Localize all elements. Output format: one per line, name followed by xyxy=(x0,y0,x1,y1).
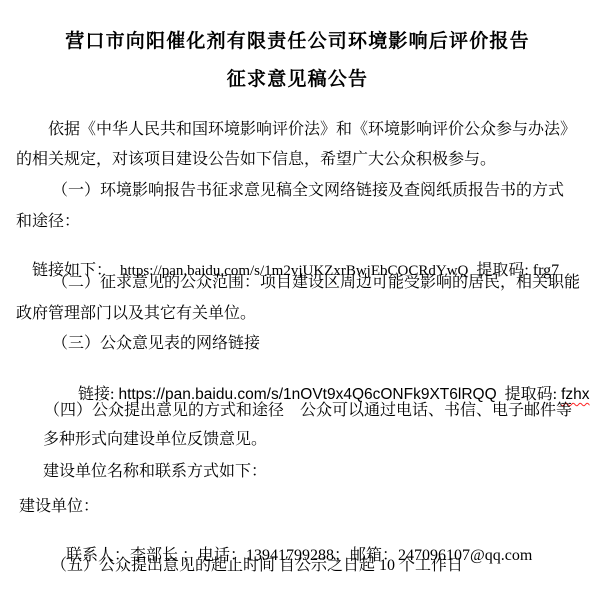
construction-unit-label: 建设单位： xyxy=(19,497,99,516)
document-subtitle: 征求意见稿公告 xyxy=(0,64,595,91)
section-4-line-2: 多种形式向建设单位反馈意见。 xyxy=(43,430,267,449)
intro-line-1: 依据《中华人民共和国环境影响评价法》和《环境影响评价公众参与办法》 xyxy=(48,120,576,139)
section-1-heading-line-2: 和途径： xyxy=(16,212,80,231)
section-5-line: （五）公众提出意见的起止时间 自公示之日起 10 个工作日 xyxy=(51,556,463,575)
section-2-line-1: （二）征求意见的公众范围：项目建设区周边可能受影响的居民，相关职能 xyxy=(52,273,580,292)
section-1-heading-line-1: （一）环境影响报告书征求意见稿全文网络链接及查阅纸质报告书的方式 xyxy=(52,181,564,200)
announcement-document: 营口市向阳催化剂有限责任公司环境影响后评价报告 征求意见稿公告 依据《中华人民共… xyxy=(0,0,595,613)
section-4-line-1: （四）公众提出意见的方式和途径 公众可以通过电话、书信、电子邮件等 xyxy=(44,401,572,420)
document-title: 营口市向阳催化剂有限责任公司环境影响后评价报告 xyxy=(0,26,595,53)
contact-header: 建设单位名称和联系方式如下： xyxy=(43,462,267,481)
intro-line-2: 的相关规定，对该项目建设公告如下信息，希望广大公众积极参与。 xyxy=(16,150,496,169)
section-2-line-2: 政府管理部门以及其它有关单位。 xyxy=(16,304,256,323)
section-3-heading: （三）公众意见表的网络链接 xyxy=(52,334,260,353)
